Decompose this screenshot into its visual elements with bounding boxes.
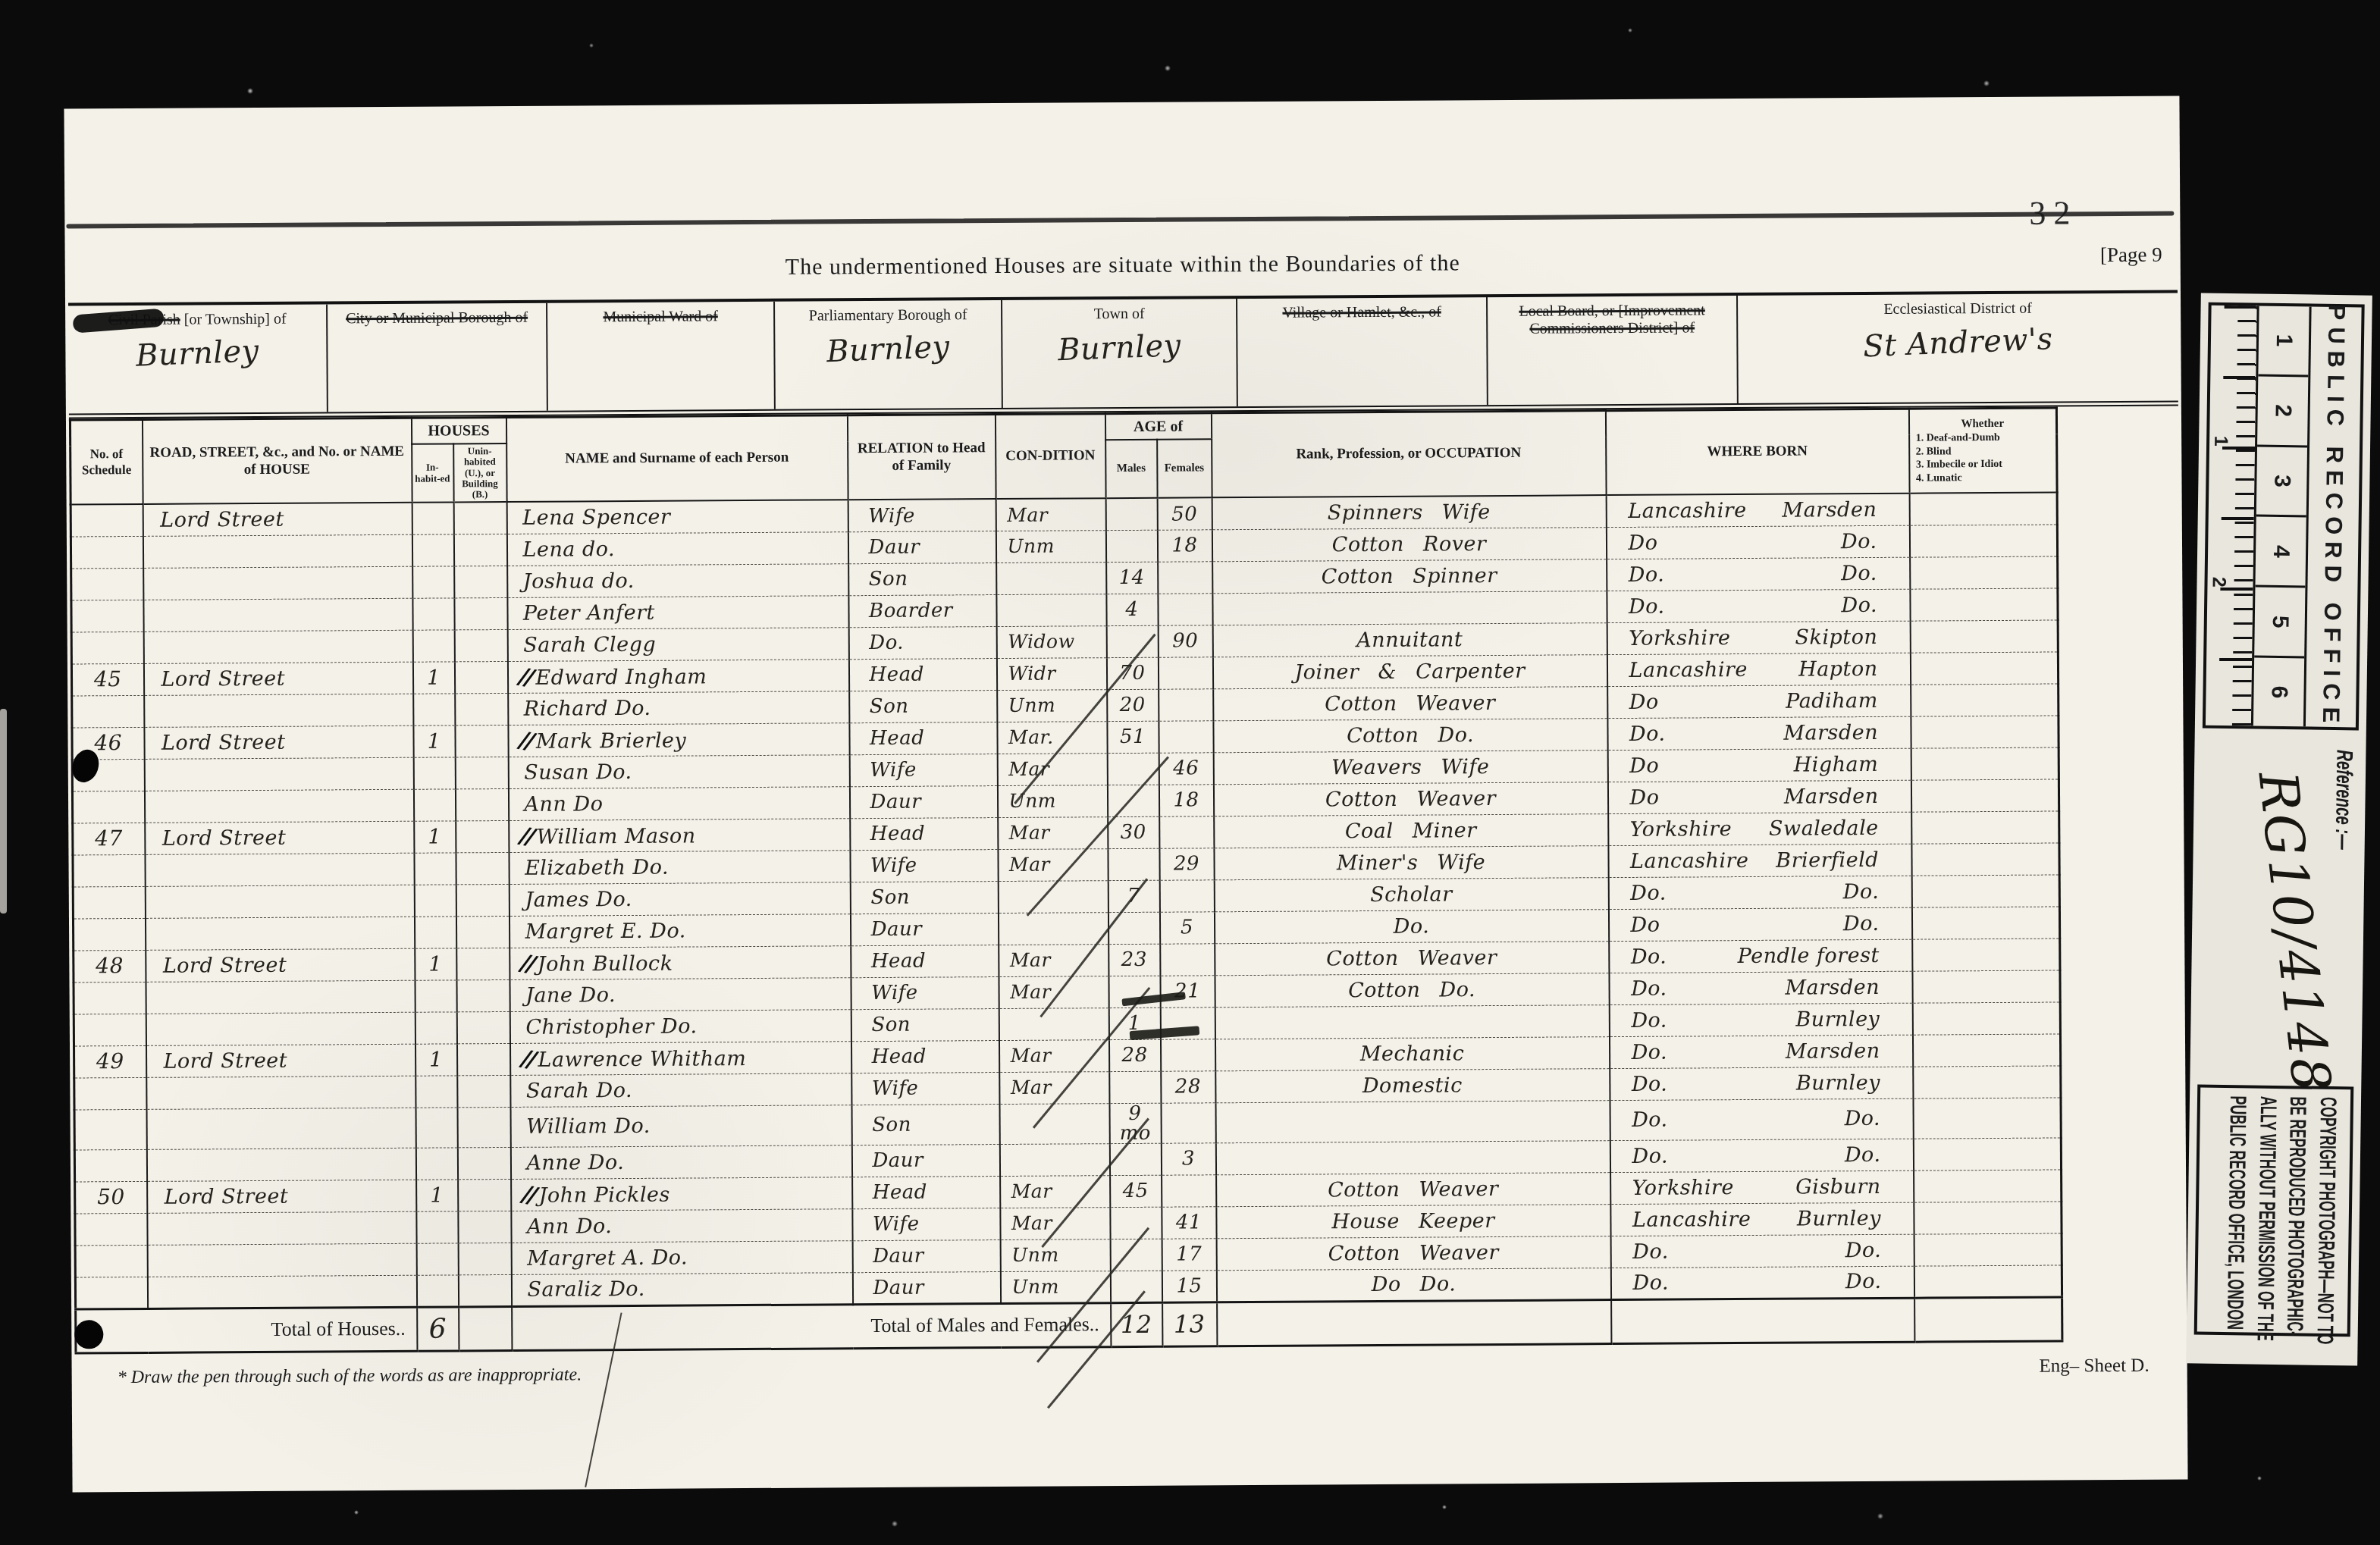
born-place-value: Marsden: [1784, 786, 1879, 807]
relation-value: Son: [869, 568, 908, 591]
born-place-value: Marsden: [1786, 1041, 1880, 1062]
born-place-value: Do.: [1843, 882, 1880, 902]
total-females-value: 13: [1162, 1302, 1217, 1346]
district-field-town: Town of Burnley: [1001, 299, 1237, 408]
person-name-value: John Bullock: [538, 952, 673, 976]
born-county-value: Do.: [1632, 1273, 1669, 1293]
occupation-value: Weavers Wife: [1331, 755, 1489, 779]
born-county-value: Do.: [1632, 1074, 1668, 1095]
relation-value: Wife: [871, 982, 918, 1004]
person-name-value: Susan Do.: [524, 760, 632, 785]
person-name-value: Richard Do.: [524, 697, 651, 721]
condition-value: Mar: [1009, 822, 1050, 844]
occupation-value: Scholar: [1370, 882, 1453, 907]
born-place-value: Do.: [1841, 531, 1877, 552]
person-name-value: Mark Brierley: [536, 729, 686, 754]
born-county-value: Do: [1629, 788, 1659, 808]
occupation-value: Cotton Rover: [1332, 532, 1487, 556]
column-header-whether: Whether 1. Deaf-and-Dumb 2. Blind 3. Imb…: [1908, 408, 2057, 494]
age-female-value: 50: [1171, 503, 1197, 525]
person-name-value: Peter Anfert: [523, 601, 655, 625]
page-number-label: [Page 9: [2100, 243, 2162, 267]
occupation-value: Spinners Wife: [1328, 500, 1491, 525]
household-mark: //: [517, 727, 534, 755]
person-name-value: Ann Do.: [527, 1214, 613, 1239]
person-name-value: William Do.: [526, 1114, 651, 1139]
relation-value: Wife: [870, 854, 917, 877]
relation-value: Boarder: [869, 600, 953, 623]
condition-value: Widow: [1008, 631, 1074, 653]
person-name-value: Lawrence Whitham: [538, 1047, 746, 1072]
column-header-inhabited: In-habit-ed: [412, 443, 453, 503]
condition-value: Mar: [1007, 503, 1048, 525]
ink-dot: [74, 1320, 103, 1349]
born-county-value: Lancashire: [1628, 500, 1747, 522]
occupation-value: Cotton Weaver: [1325, 787, 1496, 811]
born-place-value: Burnley: [1795, 1009, 1880, 1030]
relation-value: Son: [871, 1014, 911, 1036]
born-place-value: Higham: [1794, 754, 1879, 776]
born-place-value: Padiham: [1786, 691, 1878, 712]
person-name-value: Elizabeth Do.: [525, 856, 669, 880]
inhabited-value: 1: [427, 666, 441, 690]
born-place-value: Do.: [1841, 563, 1877, 584]
condition-value: Unm: [1011, 1276, 1059, 1298]
occupation-value: Cotton Weaver: [1326, 946, 1497, 970]
born-place-value: Do.: [1845, 1240, 1882, 1261]
born-county-value: Lancashire: [1632, 1209, 1751, 1230]
condition-value: Mar: [1010, 981, 1051, 1003]
relation-value: Wife: [872, 1077, 919, 1100]
age-female-value: 18: [1171, 534, 1197, 557]
born-county-value: Do.: [1632, 1242, 1669, 1262]
relation-value: Head: [873, 1181, 927, 1204]
born-county-value: Lancashire: [1630, 851, 1749, 872]
born-place-value: Skipton: [1795, 627, 1877, 648]
occupation-value: Cotton Do.: [1347, 723, 1474, 747]
born-place-value: Burnley: [1797, 1208, 1881, 1230]
age-female-value: 46: [1173, 757, 1199, 780]
born-county-value: Do.: [1629, 724, 1666, 744]
occupation-value: Do Do.: [1372, 1273, 1457, 1297]
household-mark: //: [519, 1045, 536, 1073]
born-county-value: Do.: [1631, 979, 1667, 999]
relation-value: Wife: [870, 759, 917, 782]
relation-value: Wife: [873, 1213, 920, 1236]
born-county-value: Yorkshire: [1629, 628, 1730, 649]
condition-value: Mar: [1011, 1076, 1052, 1098]
road-value: Lord Street: [165, 1185, 289, 1209]
sheet-label: Eng– Sheet D.: [2039, 1355, 2149, 1377]
born-county-value: Do.: [1629, 597, 1665, 617]
age-female-value: 18: [1173, 789, 1199, 812]
road-value: Lord Street: [161, 731, 286, 755]
age-male-value: 51: [1120, 725, 1146, 748]
born-place-value: Marsden: [1782, 500, 1877, 521]
occupation-value: Coal Miner: [1345, 819, 1477, 843]
person-name-value: Saraliz Do.: [527, 1277, 644, 1302]
born-county-value: Do.: [1632, 1110, 1668, 1130]
occupation-value: Mechanic: [1360, 1042, 1465, 1066]
column-header-houses: HOUSES: [411, 417, 506, 443]
born-county-value: Do: [1628, 533, 1657, 553]
schedule-number-value: 49: [96, 1049, 124, 1074]
district-field-local-board: Local Board, or [Improvement Commissione…: [1486, 296, 1737, 405]
occupation-value: Annuitant: [1356, 628, 1463, 652]
condition-value: Mar: [1011, 1045, 1052, 1067]
occupation-value: Miner's Wife: [1337, 851, 1485, 875]
road-value: Lord Street: [164, 1049, 288, 1073]
born-place-value: Brierfield: [1776, 850, 1879, 871]
person-name-value: Jane Do.: [525, 983, 616, 1008]
born-place-value: Marsden: [1783, 722, 1878, 744]
photo-edge-artifact: [0, 709, 7, 914]
relation-value: Daur: [868, 536, 920, 559]
person-name-value: Margret A. Do.: [527, 1246, 688, 1271]
relation-value: Son: [872, 1114, 911, 1136]
form-title: The undermentioned Houses are situate wi…: [785, 250, 1460, 280]
ecclesiastical-district-value: St Andrew's: [1738, 316, 2178, 369]
condition-value: Unm: [1008, 694, 1056, 716]
born-place-value: Swaledale: [1769, 818, 1879, 839]
age-male-value: 28: [1121, 1044, 1147, 1067]
person-name-value: Lena Spencer: [522, 506, 670, 530]
road-value: Lord Street: [160, 508, 284, 532]
age-male-value: 45: [1123, 1180, 1149, 1202]
age-female-value: 90: [1172, 630, 1198, 653]
column-header-name: NAME and Surname of each Person: [506, 415, 848, 503]
born-county-value: Do.: [1631, 947, 1667, 967]
condition-value: Mar: [1009, 854, 1050, 876]
occupation-value: Do.: [1394, 915, 1430, 939]
born-place-value: Do.: [1845, 1271, 1882, 1292]
household-mark: //: [519, 950, 535, 978]
district-field-village: Village or Hamlet, &c., of: [1236, 297, 1487, 406]
relation-value: Daur: [870, 791, 921, 813]
column-header-born: WHERE BORN: [1605, 409, 1909, 495]
district-field-civil-parish: Civil Parish [or Township] of Burnley: [68, 304, 327, 413]
total-houses-label: Total of Houses..: [76, 1307, 417, 1353]
born-county-value: Do.: [1632, 1146, 1668, 1167]
pro-reference-strip: PUBLIC RECORD OFFICE 1 2 3 4 5 6 1 2 Ref…: [2186, 293, 2372, 1365]
age-male-value: 4: [1125, 598, 1138, 621]
office-name: PUBLIC RECORD OFFICE: [2303, 306, 2362, 727]
age-female-value: 28: [1175, 1076, 1201, 1098]
person-name-value: John Pickles: [539, 1183, 670, 1208]
ruler-number-band: 1 2 3 4 5 6: [2251, 306, 2309, 727]
age-female-value: 41: [1176, 1211, 1202, 1234]
town-value: Burnley: [1002, 326, 1237, 371]
person-name-value: Joshua do.: [523, 569, 635, 594]
condition-value: Mar.: [1008, 726, 1054, 748]
relation-value: Head: [871, 950, 926, 973]
person-name-value: Margret E. Do.: [525, 920, 686, 944]
district-header-band: Civil Parish [or Township] of Burnley Ci…: [68, 290, 2178, 419]
census-table: No. of Schedule ROAD, STREET, &c., and N…: [69, 406, 2063, 1354]
born-place-value: Hapton: [1798, 659, 1878, 680]
person-name-value: Anne Do.: [526, 1151, 624, 1175]
condition-value: Mar: [1011, 1180, 1052, 1202]
column-header-condition: CON-DITION: [995, 414, 1105, 500]
occupation-value: Cotton Weaver: [1325, 691, 1495, 716]
condition-value: Mar: [1011, 1212, 1052, 1234]
person-name-value: Sarah Do.: [526, 1079, 632, 1103]
copyright-notice: COPYRIGHT PHOTOGRAPH—NOT TO BE REPRODUCE…: [2194, 1085, 2354, 1337]
age-female-value: 3: [1182, 1148, 1195, 1171]
born-place-value: Pendle forest: [1738, 945, 1880, 967]
schedule-number-value: 46: [94, 731, 122, 756]
road-value: Lord Street: [162, 826, 287, 851]
born-county-value: Do: [1629, 756, 1659, 776]
occupation-value: Cotton Weaver: [1328, 1241, 1499, 1265]
district-field-parliamentary-borough: Parliamentary Borough of Burnley: [773, 300, 1002, 409]
person-name-value: Ann Do: [524, 792, 603, 816]
born-place-value: Do.: [1845, 1108, 1881, 1129]
inhabited-value: 1: [428, 730, 441, 754]
relation-value: Son: [870, 695, 909, 718]
footer-band: * Draw the pen through such of the words…: [118, 1355, 2157, 1389]
column-header-schedule: No. of Schedule: [70, 419, 143, 505]
pro-reference-card: PUBLIC RECORD OFFICE 1 2 3 4 5 6 1 2 Ref…: [2186, 293, 2372, 1365]
born-county-value: Do: [1630, 915, 1660, 935]
relation-value: Head: [869, 663, 923, 686]
relation-value: Daur: [873, 1277, 924, 1299]
scanned-census-photograph: { "page": { "folio_number": "32", "title…: [0, 0, 2380, 1545]
age-female-value: 15: [1176, 1274, 1202, 1297]
household-mark: //: [518, 823, 535, 851]
occupation-value: Cotton Spinner: [1322, 564, 1497, 588]
census-rows: Lord Street Lena Spencer Wife Mar 50 Spi…: [71, 493, 2062, 1309]
born-place-value: Do.: [1845, 1145, 1881, 1165]
relation-value: Son: [870, 886, 910, 909]
column-header-age: AGE of: [1105, 413, 1211, 440]
column-header-occupation: Rank, Profession, or OCCUPATION: [1211, 411, 1606, 498]
schedule-number-value: 50: [97, 1185, 125, 1210]
title-band: The undermentioned Houses are situate wi…: [73, 242, 2173, 297]
column-header-uninhabited: Unin-habited (U.), or Building (B.): [453, 443, 506, 503]
road-value: Lord Street: [163, 954, 287, 978]
born-county-value: Do.: [1631, 1011, 1667, 1031]
civil-parish-value: Burnley: [68, 331, 328, 377]
condition-value: Mar: [1010, 949, 1051, 971]
occupation-value: Joiner & Carpenter: [1294, 660, 1525, 685]
relation-value: Daur: [872, 1149, 923, 1172]
schedule-number-value: 47: [95, 826, 123, 851]
born-county-value: Do: [1629, 692, 1659, 713]
born-county-value: Yorkshire: [1632, 1177, 1734, 1199]
relation-value: Daur: [870, 918, 922, 941]
column-header-females: Females: [1157, 439, 1212, 498]
born-place-value: Burnley: [1796, 1073, 1880, 1094]
condition-value: Unm: [1007, 535, 1055, 557]
age-female-value: 5: [1181, 917, 1193, 939]
occupation-value: Domestic: [1362, 1073, 1463, 1098]
born-place-value: Do.: [1841, 595, 1877, 616]
person-name-value: Christopher Do.: [525, 1014, 697, 1039]
age-male-value: 9 mo: [1119, 1102, 1150, 1145]
occupation-value: Cotton Do.: [1348, 978, 1475, 1002]
relation-value: Wife: [868, 504, 915, 527]
inhabited-value: 1: [430, 1183, 444, 1207]
total-houses-value: 6: [417, 1307, 459, 1351]
district-field-municipal-borough: City or Municipal Borough of: [326, 303, 547, 412]
column-header-males: Males: [1105, 440, 1157, 499]
reference-label: Reference :—: [2328, 750, 2356, 979]
person-name-value: Edward Ingham: [535, 665, 707, 689]
born-county-value: Do.: [1630, 883, 1667, 904]
born-county-value: Yorkshire: [1630, 819, 1732, 840]
condition-value: Unm: [1011, 1244, 1059, 1266]
age-male-value: 14: [1119, 566, 1145, 589]
page-fold-line: [66, 212, 2174, 229]
inhabited-value: 1: [429, 1048, 443, 1071]
census-sheet: 32 The undermentioned Houses are situate…: [64, 96, 2187, 1492]
road-value: Lord Street: [161, 667, 285, 691]
schedule-number-value: 45: [94, 667, 122, 692]
inhabited-value: 1: [428, 826, 441, 849]
born-place-value: Marsden: [1785, 977, 1880, 998]
inhabited-value: 1: [428, 952, 442, 976]
relation-value: Head: [870, 823, 925, 845]
born-place-value: Do.: [1843, 914, 1880, 934]
age-male-value: 20: [1120, 694, 1146, 716]
relation-value: Do.: [869, 631, 904, 654]
age-male-value: 30: [1121, 821, 1146, 844]
person-name-value: William Mason: [537, 824, 696, 848]
household-mark: //: [517, 663, 534, 691]
parliamentary-borough-value: Burnley: [775, 327, 1002, 371]
occupation-value: Cotton Weaver: [1328, 1177, 1498, 1202]
age-female-value: 29: [1174, 853, 1199, 876]
born-county-value: Do.: [1632, 1042, 1668, 1063]
household-mark: //: [520, 1181, 537, 1209]
condition-value: Widr: [1008, 663, 1055, 685]
born-county-value: Lancashire: [1629, 660, 1748, 681]
born-place-value: Gisburn: [1795, 1177, 1881, 1198]
reference-section: Reference :— RG10/4148: [2190, 728, 2366, 1086]
column-header-road: ROAD, STREET, &c., and No. or NAME of HO…: [142, 418, 412, 504]
district-field-ecclesiastical: Ecclesiastical District of St Andrew's: [1736, 293, 2178, 404]
person-name-value: Lena do.: [522, 537, 615, 562]
relation-value: Head: [870, 727, 924, 750]
relation-value: Daur: [873, 1245, 924, 1268]
person-name-value: Sarah Clegg: [523, 633, 656, 657]
column-header-relation: RELATION to Head of Family: [847, 415, 996, 500]
person-name-value: James Do.: [525, 888, 632, 912]
ruler: PUBLIC RECORD OFFICE 1 2 3 4 5 6 1 2: [2203, 302, 2365, 731]
occupation-value: House Keeper: [1331, 1209, 1494, 1233]
relation-value: Head: [872, 1045, 927, 1068]
form-footnote: * Draw the pen through such of the words…: [118, 1365, 582, 1389]
total-males-females-label: Total of Males and Females..: [512, 1303, 1111, 1351]
age-male-value: 23: [1121, 948, 1147, 971]
schedule-number-value: 48: [96, 954, 124, 979]
ruler-ticks: 1 2: [2206, 306, 2257, 726]
district-field-municipal-ward: Municipal Ward of: [546, 302, 774, 411]
age-female-value: 17: [1176, 1243, 1202, 1266]
born-county-value: Do.: [1629, 565, 1665, 585]
